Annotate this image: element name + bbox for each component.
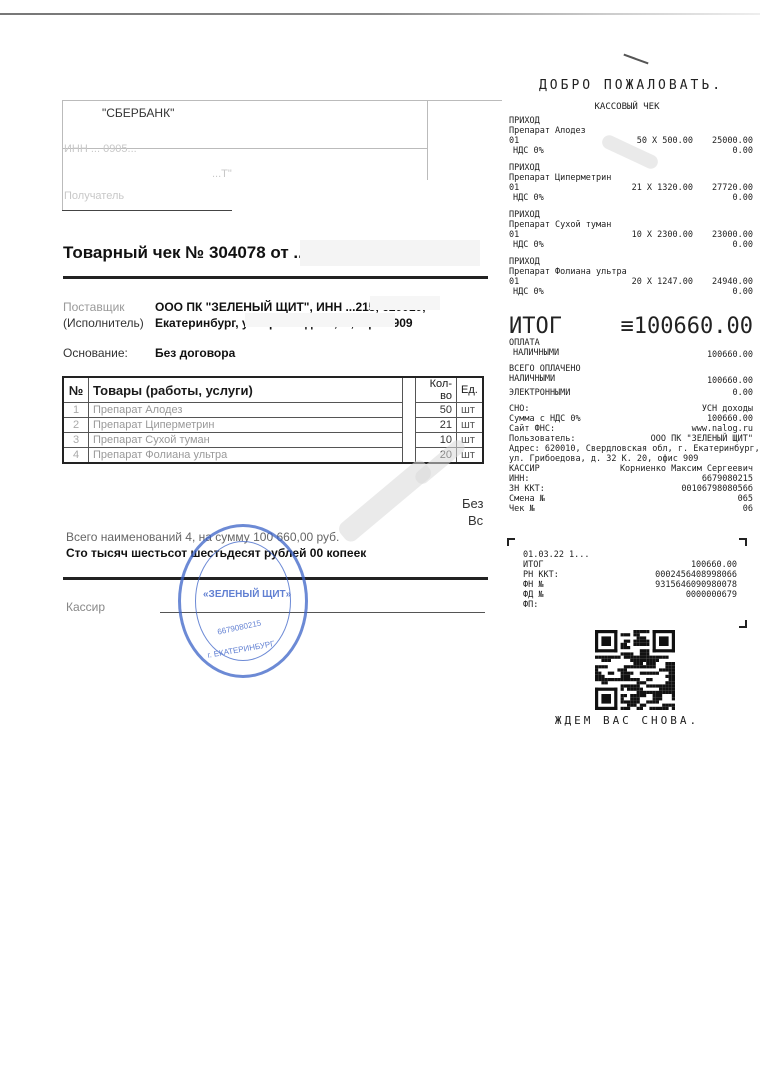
- bank-name: "СБЕРБАНК": [102, 106, 174, 120]
- item-name: Препарат Сухой туман: [509, 220, 753, 230]
- item-vat: 0.00: [733, 287, 753, 297]
- inn-value: 6679080215: [702, 474, 753, 484]
- receipt-total-value: ≡100660.00: [621, 314, 753, 339]
- bank-divider: [62, 210, 232, 211]
- receipt-welcome: ДОБРО ПОЖАЛОВАТЬ.: [511, 78, 751, 93]
- row-gap: [403, 403, 416, 418]
- receipt-kind: КАССОВЫЙ ЧЕК: [497, 102, 757, 112]
- document-title: Товарный чек № 304078 от ...: [63, 243, 308, 263]
- bank-divider: [427, 100, 428, 180]
- item-vat-label: НДС 0%: [513, 287, 757, 297]
- address-line-2: ул. Грибоедова, д. 32 К. 20, офис 909: [509, 454, 753, 464]
- item-vat-label: НДС 0%: [513, 193, 757, 203]
- supplier-label: Поставщик: [63, 300, 125, 314]
- item-type: ПРИХОД: [509, 210, 753, 220]
- pen-mark: [623, 54, 648, 65]
- qr-code-icon: [595, 630, 675, 710]
- item-sum: 25000.00: [712, 136, 753, 146]
- redacted-area: [245, 313, 395, 327]
- redacted-area: [300, 240, 480, 266]
- paid-cash-value: 100660.00: [707, 376, 753, 386]
- row-gap: [403, 448, 416, 464]
- scan-edge-line: [0, 13, 760, 15]
- stamp-company-name: «ЗЕЛЕНЫЙ ЩИТ»: [203, 589, 291, 600]
- table-row: 3Препарат Сухой туман10шт: [63, 433, 483, 448]
- item-sum: 23000.00: [712, 230, 753, 240]
- item-vat-label: НДС 0%: [513, 240, 757, 250]
- row-number: 1: [63, 403, 89, 418]
- item-type: ПРИХОД: [509, 257, 753, 267]
- fd-value: 0000000679: [686, 590, 737, 600]
- row-unit: шт: [457, 418, 483, 433]
- item-name: Препарат Циперметрин: [509, 173, 753, 183]
- row-number: 4: [63, 448, 89, 464]
- shift-value: 065: [738, 494, 753, 504]
- bank-recipient-label: Получатель: [64, 190, 124, 202]
- receipt-goodbye: ЖДЕМ ВАС СНОВА.: [497, 714, 757, 727]
- item-vat: 0.00: [733, 193, 753, 203]
- basis-value: Без договора: [155, 346, 235, 360]
- row-name: Препарат Фолиана ультра: [89, 448, 403, 464]
- item-type: ПРИХОД: [509, 116, 753, 126]
- item-sum: 27720.00: [712, 183, 753, 193]
- row-gap: [403, 418, 416, 433]
- receipt-total-label: ИТОГ: [509, 314, 562, 339]
- col-number: №: [63, 377, 89, 403]
- address-line-1: Адрес: 620010, Свердловская обл, г. Екат…: [509, 444, 753, 454]
- fp-label: ФП:: [523, 600, 767, 610]
- cashier-value: Корниенко Максим Сергеевич: [620, 464, 753, 474]
- row-qty: 50: [416, 403, 457, 418]
- check-label: Чек №: [509, 504, 753, 514]
- check-value: 06: [743, 504, 753, 514]
- item-calc: 21 X 1320.00: [632, 183, 693, 193]
- cash-register-receipt: ДОБРО ПОЖАЛОВАТЬ. КАССОВЫЙ ЧЕК ПРИХОДПре…: [497, 70, 757, 735]
- stamp-inner-ring: [195, 541, 291, 661]
- frame-corner: [739, 620, 747, 628]
- table-row: 1Препарат Алодез50шт: [63, 403, 483, 418]
- row-name: Препарат Сухой туман: [89, 433, 403, 448]
- row-number: 3: [63, 433, 89, 448]
- table-row: 2Препарат Циперметрин21шт: [63, 418, 483, 433]
- bank-details-block: "СБЕРБАНК" ИНН ... 0905... ...Т" Получат…: [62, 98, 502, 213]
- item-type: ПРИХОД: [509, 163, 753, 173]
- user-value: ООО ПК "ЗЕЛЕНЫЙ ЩИТ": [651, 434, 753, 444]
- bank-divider: [62, 100, 502, 101]
- row-number: 2: [63, 418, 89, 433]
- title-rule: [63, 276, 488, 279]
- shift-label: Смена №: [509, 494, 753, 504]
- item-calc: 10 X 2300.00: [632, 230, 693, 240]
- row-gap: [403, 433, 416, 448]
- row-name: Препарат Алодез: [89, 403, 403, 418]
- bank-inn: ИНН ... 0905...: [64, 143, 137, 155]
- row-qty: 21: [416, 418, 457, 433]
- supplier-label-2: (Исполнитель): [63, 316, 144, 330]
- paid-electronic-label: ЭЛЕКТРОННЫМИ: [509, 388, 753, 398]
- paid-total-label: ВСЕГО ОПЛАЧЕНО: [509, 364, 753, 374]
- cash-value: 100660.00: [707, 350, 753, 360]
- fns-site-value: www.nalog.ru: [692, 424, 753, 434]
- bank-divider: [62, 100, 63, 210]
- col-qty: Кол-во: [416, 377, 457, 403]
- fn-value: 9315646090980078: [655, 580, 737, 590]
- goods-table: № Товары (работы, услуги) Кол-во Ед. 1Пр…: [62, 376, 484, 464]
- item-calc: 50 X 500.00: [637, 136, 693, 146]
- company-stamp: «ЗЕЛЕНЫЙ ЩИТ» 6679080215 г. ЕКАТЕРИНБУРГ: [178, 524, 308, 678]
- sno-value: УСН доходы: [702, 404, 753, 414]
- fiscal-datetime: 01.03.22 1...: [523, 550, 767, 560]
- cashier-label: Кассир: [66, 600, 105, 614]
- redacted-area: [370, 296, 440, 310]
- col-goods: Товары (работы, услуги): [89, 377, 403, 403]
- item-vat: 0.00: [733, 146, 753, 156]
- item-vat-label: НДС 0%: [513, 146, 757, 156]
- payment-label: ОПЛАТА: [509, 338, 753, 348]
- frame-corner: [739, 538, 747, 546]
- bank-recipient: ...Т": [212, 168, 232, 180]
- sum-vat-value: 100660.00: [707, 414, 753, 424]
- frame-corner: [507, 538, 515, 546]
- basis-label: Основание:: [63, 346, 128, 360]
- rn-kkt-value: 0002456408998066: [655, 570, 737, 580]
- row-name: Препарат Циперметрин: [89, 418, 403, 433]
- item-calc: 20 X 1247.00: [632, 277, 693, 287]
- item-name: Препарат Алодез: [509, 126, 753, 136]
- col-unit: Ед.: [457, 377, 483, 403]
- paid-electronic-value: 0.00: [733, 388, 753, 398]
- item-sum: 24940.00: [712, 277, 753, 287]
- summary-label-cut: Без: [462, 496, 483, 511]
- fiscal-itog-value: 100660.00: [691, 560, 737, 570]
- col-gap: [403, 377, 416, 403]
- summary-label-cut: Вс: [468, 513, 483, 528]
- item-name: Препарат Фолиана ультра: [509, 267, 753, 277]
- table-header-row: № Товары (работы, услуги) Кол-во Ед.: [63, 377, 483, 403]
- zn-kkt-value: 0010679808056б: [681, 484, 753, 494]
- row-unit: шт: [457, 403, 483, 418]
- item-vat: 0.00: [733, 240, 753, 250]
